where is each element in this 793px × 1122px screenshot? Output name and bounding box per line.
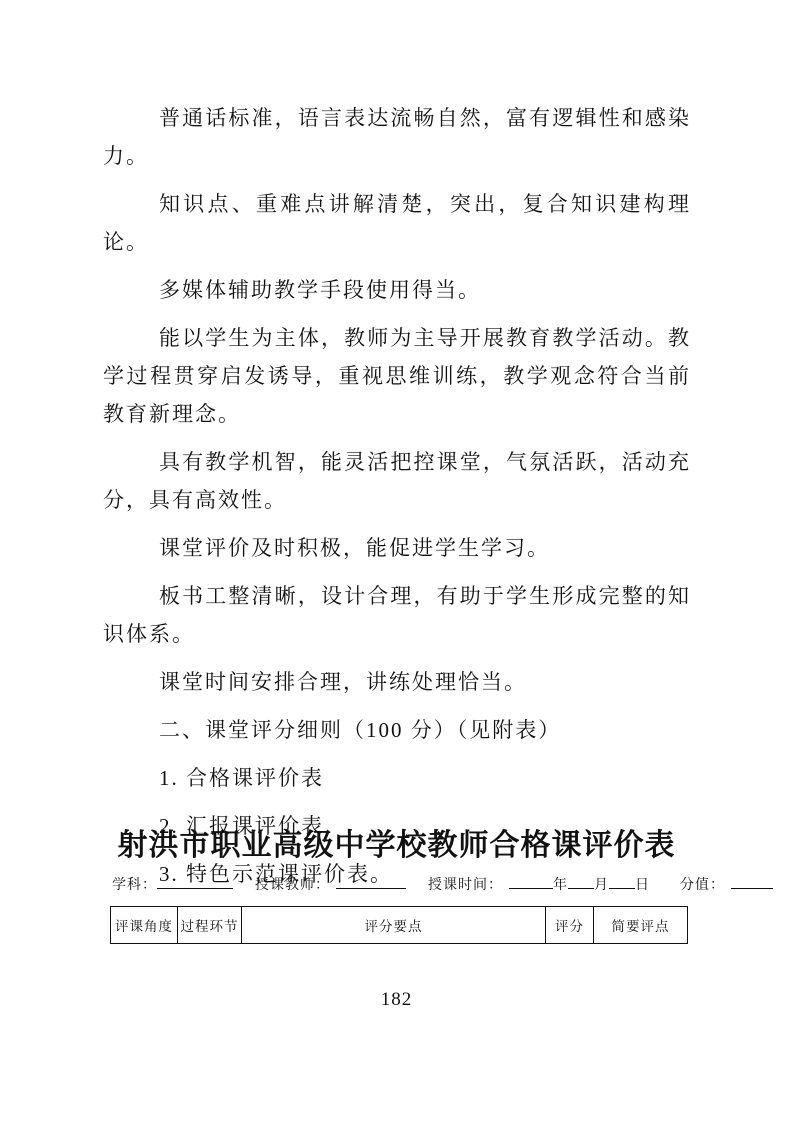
document-page: 普通话标准，语言表达流畅自然，富有逻辑性和感染力。 知识点、重难点讲解清楚，突出…: [0, 0, 793, 1122]
form-line: 学科： 授课教师： 授课时间：年月日 分值：: [112, 874, 702, 894]
paragraph-multimedia: 多媒体辅助教学手段使用得当。: [103, 271, 691, 309]
form-field-time: 授课时间：年月日: [428, 874, 650, 894]
form-field-subject: 学科：: [112, 874, 233, 894]
table-header-row: 评课角度 过程环节 评分要点 评分 简要评点: [111, 907, 688, 944]
header-cell-stage: 过程环节: [178, 907, 242, 944]
day-label: 日: [635, 874, 650, 894]
time-label: 授课时间：: [428, 874, 503, 894]
score-blank-line: [731, 875, 773, 889]
time-blank-line: [509, 875, 553, 889]
paragraph-blackboard-writing: 板书工整清晰，设计合理，有助于学生形成完整的知识体系。: [103, 577, 691, 653]
month-blank-line: [568, 875, 594, 889]
paragraph-teaching-wit: 具有教学机智，能灵活把控课堂，气氛活跃，活动充分，具有高效性。: [103, 443, 691, 519]
form-field-teacher: 授课教师：: [255, 874, 406, 894]
list-item-qualified-class: 1. 合格课评价表: [103, 759, 691, 797]
teacher-label: 授课教师：: [255, 874, 330, 894]
page-number: 182: [0, 989, 793, 1011]
header-cell-points: 评分要点: [242, 907, 546, 944]
heading-scoring-rules: 二、课堂评分细则（100 分）（见附表）: [103, 711, 691, 749]
year-label: 年: [553, 874, 568, 894]
paragraph-putonghua: 普通话标准，语言表达流畅自然，富有逻辑性和感染力。: [103, 99, 691, 175]
paragraph-time-arrangement: 课堂时间安排合理，讲练处理恰当。: [103, 663, 691, 701]
day-blank-line: [609, 875, 635, 889]
header-cell-score: 评分: [546, 907, 594, 944]
evaluation-table: 评课角度 过程环节 评分要点 评分 简要评点: [110, 906, 688, 944]
paragraph-classroom-feedback: 课堂评价及时积极，能促进学生学习。: [103, 529, 691, 567]
paragraph-student-centered: 能以学生为主体，教师为主导开展教育教学活动。教学过程贯穿启发诱导，重视思维训练，…: [103, 319, 691, 433]
paragraph-knowledge-points: 知识点、重难点讲解清楚，突出，复合知识建构理论。: [103, 185, 691, 261]
month-label: 月: [594, 874, 609, 894]
header-cell-angle: 评课角度: [111, 907, 178, 944]
evaluation-table-title: 射洪市职业高级中学校教师合格课评价表: [0, 820, 793, 864]
header-cell-brief: 简要评点: [594, 907, 688, 944]
body-text: 普通话标准，语言表达流畅自然，富有逻辑性和感染力。 知识点、重难点讲解清楚，突出…: [103, 99, 691, 903]
form-field-score: 分值：: [680, 874, 773, 894]
subject-blank-line: [157, 875, 233, 889]
score-label: 分值：: [680, 874, 725, 894]
subject-label: 学科：: [112, 874, 157, 894]
teacher-blank-line: [336, 875, 406, 889]
